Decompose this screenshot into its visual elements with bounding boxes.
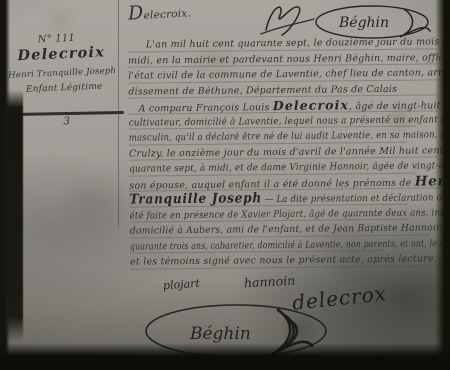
margin-given-names: Henri Tranquille Joseph	[8, 66, 116, 81]
act-line-11-post: — La dite présentation et déclaration on…	[262, 192, 450, 205]
act-line-15: et les témoins signé avec nous le présen…	[130, 251, 439, 270]
father-name-highlight: Delecroix	[273, 97, 349, 113]
child-names-highlight: Tranquille Joseph	[129, 190, 262, 207]
act-line-13: domicilié à Aubers, ami de l'enfant, et …	[130, 220, 430, 239]
act-line-5-pre: A comparu François Louis	[138, 102, 272, 114]
witness1-signature: plojart	[163, 277, 201, 293]
margin-page-mark: 3	[63, 115, 70, 127]
act-line-14: quarante trois ans, cabaretier, domicili…	[130, 236, 384, 254]
margin-legitimacy-note: Enfant Légitime	[26, 82, 103, 95]
right-edge-shadow	[435, 0, 450, 370]
bottom-edge-shadow	[0, 343, 450, 370]
act-body: L'an mil huit cent quarante sept, le dou…	[128, 34, 439, 270]
header-annotation: Delecroix.	[127, 0, 191, 25]
witness2-signature: hannoin	[244, 273, 296, 291]
officer-paraph-flourish	[258, 0, 316, 40]
binding-shadow-bar	[5, 90, 23, 342]
act-line-9: quarante sept, à midi, et de dame Virgin…	[129, 159, 417, 178]
officer-signature-bottom-text: Béghin	[189, 324, 251, 344]
act-line-7: masculin, qu'il a déclaré être né de lui…	[129, 128, 407, 146]
margin-surname: Delecroix	[17, 43, 105, 64]
act-line-10-pre: son épouse, auquel enfant il a été donné…	[129, 177, 414, 191]
registry-scan-page: N° 111 Delecroix Henri Tranquille Joseph…	[0, 0, 450, 370]
margin-act-number: N° 111	[38, 33, 76, 46]
officer-signature-top-text: Béghin	[338, 15, 389, 31]
fold-line	[118, 0, 119, 228]
